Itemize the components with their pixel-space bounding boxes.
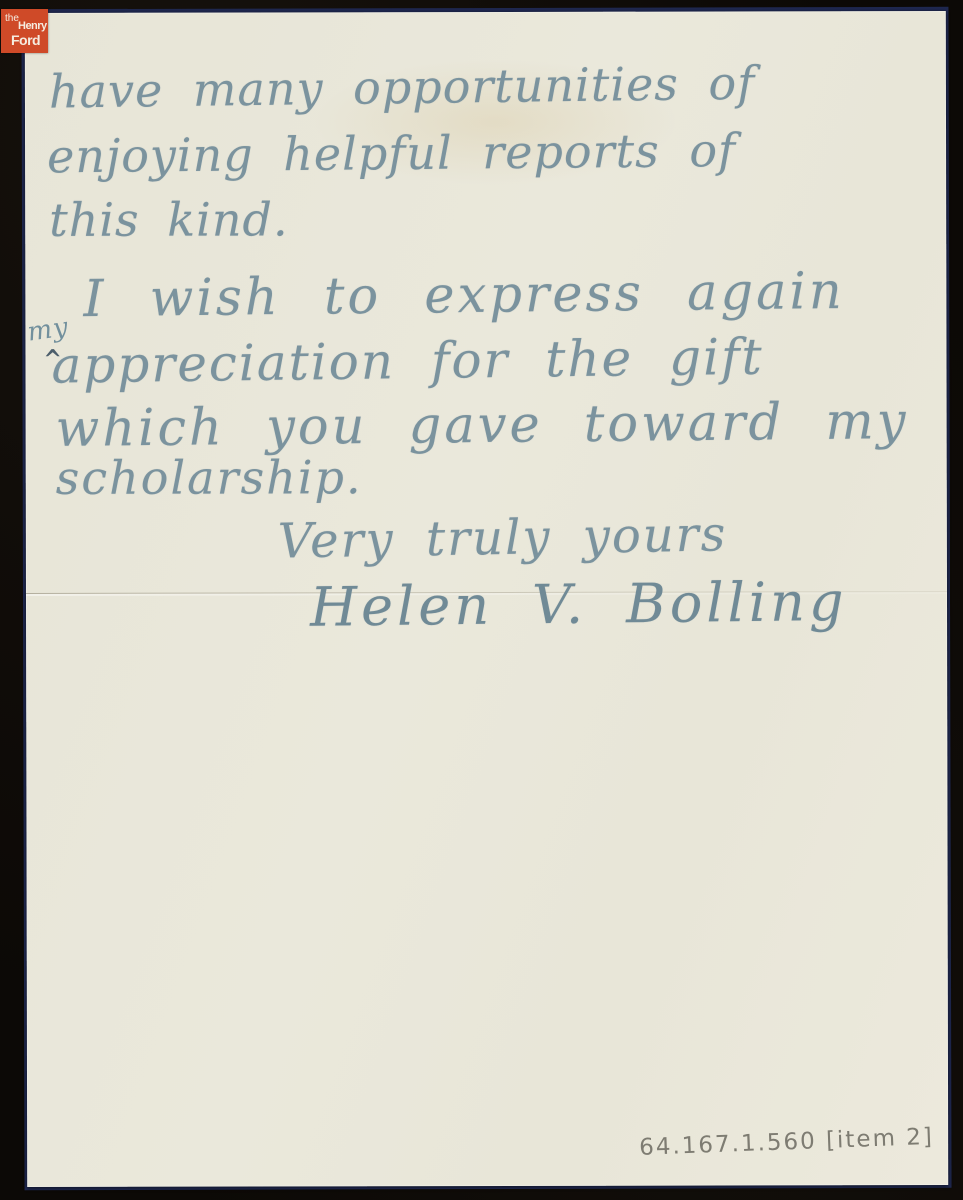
logo-word-henry: Henry — [18, 21, 47, 32]
closing-line: Very truly yours — [278, 510, 728, 565]
handwritten-line-2: enjoying helpful reports of — [47, 127, 736, 179]
handwritten-line-5: appreciation for the gift — [51, 332, 764, 391]
handwritten-line-3: this kind. — [49, 196, 288, 243]
logo-word-the: the — [5, 14, 19, 24]
handwritten-line-6: which you gave toward my — [55, 396, 908, 455]
catalog-number: 64.167.1.560 [item 2] — [639, 1124, 935, 1161]
letter-page-scan: have many opportunities of enjoying help… — [25, 11, 948, 1187]
logo-word-ford: Ford — [11, 33, 40, 47]
handwritten-line-4: I wish to express again — [83, 266, 845, 325]
handwritten-line-7: scholarship. — [56, 454, 363, 501]
signature-line: Helen V. Bolling — [310, 575, 848, 635]
handwritten-line-1: have many opportunities of — [49, 60, 756, 115]
henry-ford-logo: the Henry Ford — [1, 9, 48, 53]
